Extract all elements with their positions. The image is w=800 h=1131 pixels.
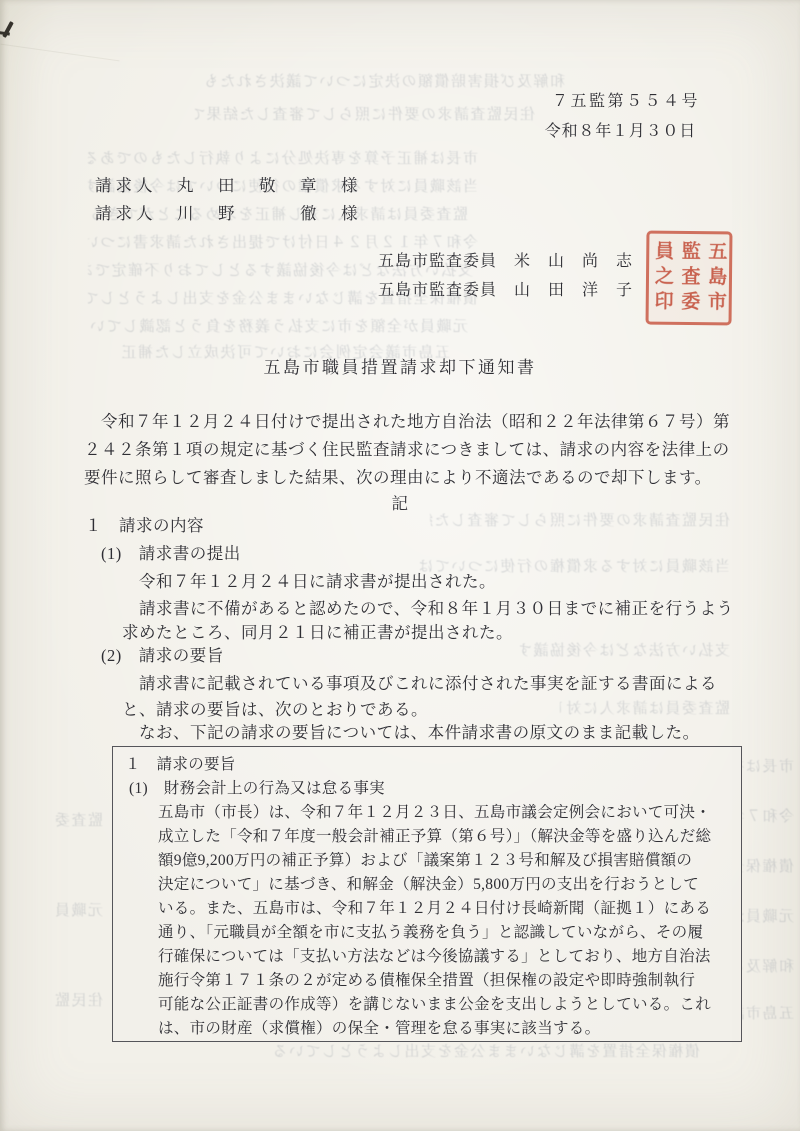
request-summary-box: １ 請求の要旨 (1) 財務会計上の行為又は怠る事実 五島市（市長）は、令和７年…: [112, 746, 742, 1042]
box-line: 五島市（市長）は、令和７年１２月２３日、五島市議会定例会において可決・: [158, 803, 711, 822]
body-line: と、請求の要旨は、次のとおりである。: [122, 700, 428, 720]
bleedthrough-text: 五島市議会定例会において可決成立した補正予算である: [742, 1005, 794, 1023]
bleedthrough-text: 和解及び損害賠償額の決定について議決されたものである: [205, 73, 565, 91]
body-line: 請求書に不備があると認めたので、令和８年１月３０日までに補正を行うよう: [139, 599, 734, 619]
bleedthrough-text: 債権保全措置を講じないまま公金を支出しようとしている: [742, 858, 794, 876]
intro-line: 要件に照らして審査しました結果、次の理由により不適法であるので却下します。: [84, 468, 712, 488]
bleedthrough-text: 住民監査請求の要件に照らして審査した結果である: [195, 106, 535, 124]
box-line: 可能な公正証書の作成等）を講じないまま公金を支出しようとしている。これ: [158, 995, 711, 1014]
subsection-heading: (1) 請求書の提出: [101, 544, 241, 564]
bleedthrough-text: 監査委員は請求人に対し補正を求めることができるとした: [55, 812, 103, 830]
auditor-line: 五島市監査委員 山 田 洋 子: [378, 281, 633, 301]
bleedthrough-text: 市長は補正予算を専決処分により執行したものであるが: [88, 150, 478, 168]
seal-text-column: 員之印: [652, 240, 672, 315]
bleedthrough-text: 住民監査請求の要件に照らして審査した結果である: [55, 992, 103, 1010]
intro-line: ２４２条第１項の規定に基づく住民監査請求につきましては、請求の内容を法律上の: [84, 440, 730, 460]
scan-fold-line: [1, 44, 120, 62]
box-line: 行確保については「支払い方法などは今後協議する」としており、地方自治法: [158, 947, 711, 966]
intro-line: 令和７年１２月２４日付けで提出された地方自治法（昭和２２年法律第６７号）第: [101, 412, 730, 432]
box-line: 通り、「元職員が全額を市に支払う義務を負う」と認識していながら、その履: [158, 923, 703, 942]
bleedthrough-text: 元職員が全額を市に支払う義務を負うと認識していながら: [88, 318, 468, 336]
document-number: ７五監第５５４号: [552, 92, 700, 112]
bleedthrough-text: 元職員が全額を市に支払う義務を負うと認識していながら: [742, 908, 794, 926]
seal-text-column: 五島市: [706, 241, 726, 316]
ki-marker: 記: [0, 494, 800, 514]
bleedthrough-text: 支払い方法などは今後協議するとしており不確定である: [520, 642, 730, 660]
box-line: 額9億9,200万円の補正予算）および「議案第１２３号和解及び損害賠償額の: [158, 851, 692, 870]
bleedthrough-text: 監査委員は請求人に対し補正を求めることができるとした: [560, 700, 730, 718]
bleedthrough-text: 元職員が全額を市に支払う義務を負うと認識していながら: [55, 902, 103, 920]
body-line: 令和７年１２月２４日に請求書が提出された。: [139, 572, 496, 592]
box-subheading: (1) 財務会計上の行為又は怠る事実: [129, 779, 385, 798]
bleedthrough-text: 債権保全措置を講じないまま公金を支出しようとしている: [140, 1043, 700, 1061]
scanned-document-page: 和解及び損害賠償額の決定について議決されたものである 住民監査請求の要件に照らし…: [0, 0, 800, 1131]
section-heading: １ 請求の内容: [85, 516, 204, 536]
recipient-line: 請求人 丸 田 敬 章 様: [95, 176, 362, 196]
box-line: 成立した「令和７年度一般会計補正予算（第６号）」（解決金等を盛り込んだ総: [158, 827, 711, 846]
bleedthrough-text: 令和７年１２月２４日付けで提出された請求書について: [88, 234, 478, 252]
official-seal-stamp: 五島市 監査委 員之印: [646, 231, 733, 326]
auditor-line: 五島市監査委員 米 山 尚 志: [378, 252, 633, 272]
box-line: は、市の財産（求償権）の保全・管理を怠る事実に該当する。: [158, 1019, 600, 1038]
box-line: 決定について」に基づき、和解金（解決金）5,800万円の支出を行おうとして: [158, 875, 699, 894]
recipient-line: 請求人 川 野 徹 様: [95, 204, 362, 224]
scan-crease-mark: [2, 21, 14, 38]
body-line: 請求書に記載されている事項及びこれに添付された事実を証する書面による: [139, 674, 717, 694]
box-heading: １ 請求の要旨: [125, 755, 236, 774]
box-line: いる。また、五島市は、令和７年１２月２４日付け長崎新聞（証拠１）にある: [158, 899, 711, 918]
bleedthrough-text: 令和７年１２月２４日付けで提出された請求書について: [742, 808, 794, 826]
document-title: 五島市職員措置請求却下通知書: [0, 358, 800, 378]
bleedthrough-text: 和解及び損害賠償額の決定について議決されたものである: [742, 958, 794, 976]
body-line: なお、下記の請求の要旨については、本件請求書の原文のまま記載した。: [139, 723, 700, 743]
subsection-heading: (2) 請求の要旨: [101, 646, 224, 666]
body-line: 求めたところ、同月２１日に補正書が提出された。: [122, 623, 513, 643]
box-line: 施行令第１７１条の２が定める債権保全措置（担保権の設定や即時強制執行: [158, 971, 695, 990]
seal-text-column: 監査委: [679, 240, 699, 315]
bleedthrough-text: 住民監査請求の要件に照らして審査した結果である: [430, 512, 730, 530]
bleedthrough-text: 市長は補正予算を専決処分により執行したものであるが: [742, 758, 794, 776]
document-date: 令和８年１月３０日: [545, 122, 696, 142]
